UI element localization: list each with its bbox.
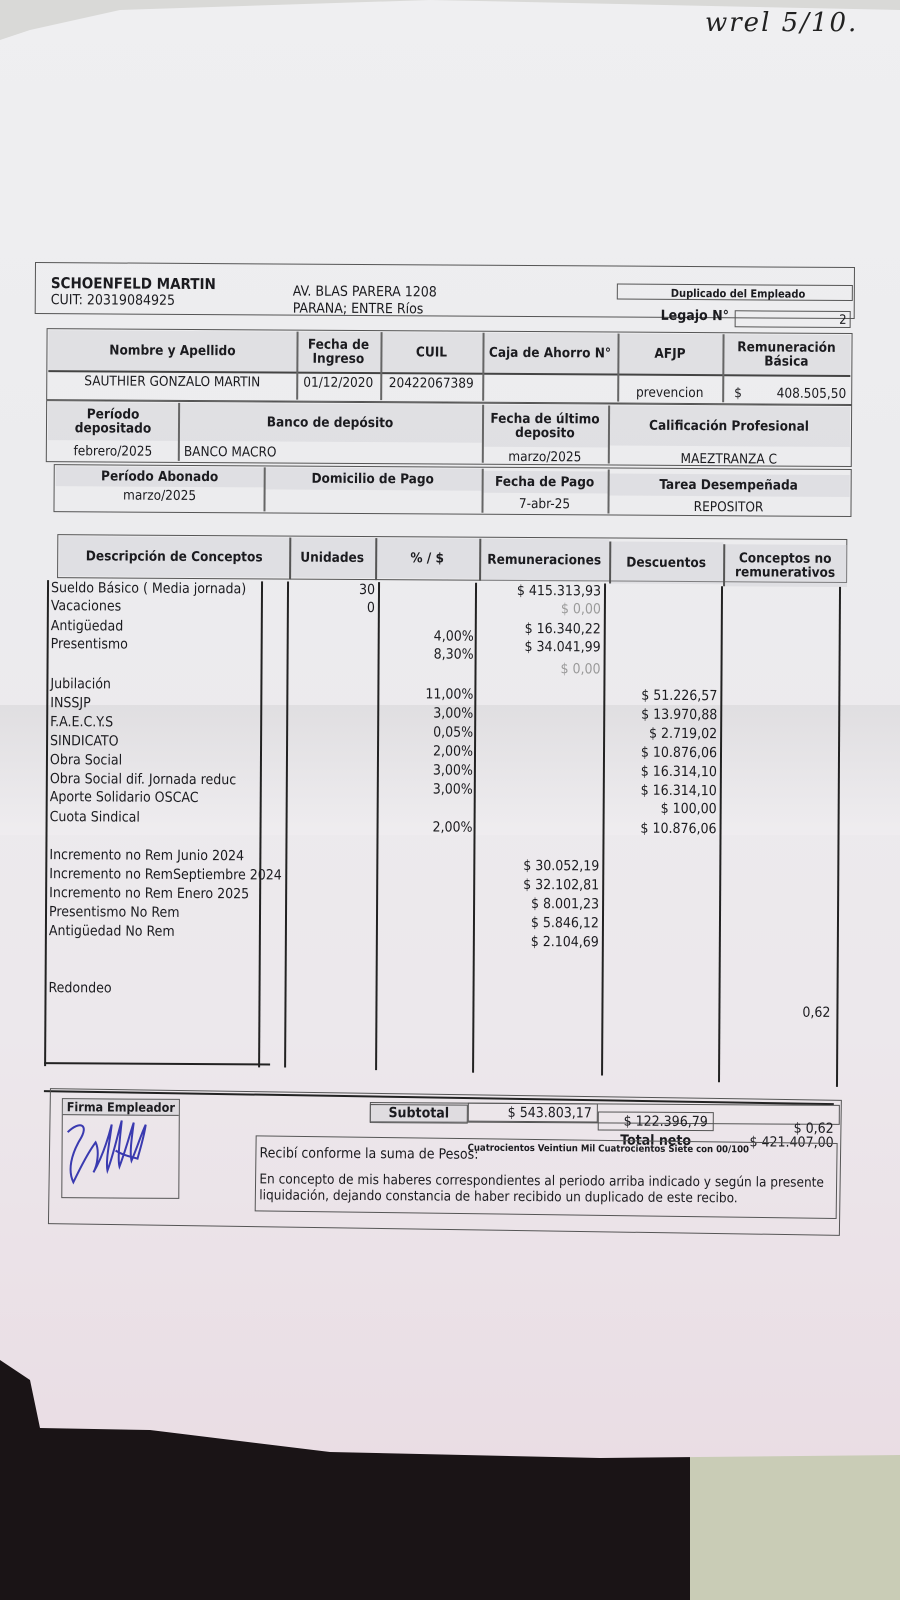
cuit-value: 20319084925: [87, 292, 175, 309]
afjp: prevencion: [617, 384, 722, 403]
fecha-ultimo-deposito: marzo/2025: [482, 448, 608, 467]
concept-desc: Jubilación: [50, 676, 270, 693]
concept-pct: 4,00%: [378, 628, 474, 645]
concept-desc-amt: $ 10.876,06: [603, 744, 717, 761]
concept-desc: Obra Social: [50, 752, 270, 769]
concept-desc-amt: $ 2.719,02: [603, 725, 717, 742]
concept-pct: 3,00%: [377, 705, 473, 722]
concept-desc-amt: $ 51.226,57: [603, 687, 717, 704]
legajo-value: 2: [735, 312, 847, 328]
cuil: 20422067389: [380, 374, 482, 393]
copy-label: Duplicado del Empleado: [671, 287, 806, 301]
header-fecha-ingreso: Fecha de Ingreso: [296, 332, 380, 373]
concept-desc: Obra Social dif. Jornada reduc: [50, 771, 270, 788]
tarea-desempenada: REPOSITOR: [607, 498, 849, 517]
header-unidades: Unidades: [289, 538, 375, 579]
concept-pct: 8,30%: [378, 646, 474, 663]
legajo-label: Legajo N°: [661, 308, 729, 324]
employer-address-line2: PARANA; ENTRE Ríos: [293, 301, 424, 318]
caja-ahorro: [482, 375, 617, 394]
concept-rem: $ 34.041,99: [475, 639, 601, 656]
receipt-statement: En concepto de mis haberes correspondien…: [259, 1171, 839, 1207]
handwritten-note: wrel 5/10.: [705, 8, 858, 38]
header-periodo-abonado: Período Abonado: [56, 466, 264, 487]
header-afjp: AFJP: [617, 334, 722, 375]
concept-desc: Redondeo: [49, 980, 269, 997]
concept-desc: Cuota Sindical: [50, 809, 270, 826]
concept-desc: Incremento no Rem Junio 2024: [49, 847, 269, 864]
concept-rem: $ 2.104,69: [473, 934, 599, 951]
header-periodo-depositado: Período depositado: [48, 402, 178, 441]
header-banco: Banco de depósito: [178, 403, 482, 443]
header-name: Nombre y Apellido: [48, 330, 296, 372]
concept-desc: Incremento no Rem Enero 2025: [49, 885, 269, 902]
concept-pct: 0,05%: [377, 724, 473, 741]
concept-desc-amt: $ 100,00: [603, 800, 717, 817]
concept-desc: Incremento no RemSeptiembre 2024: [49, 866, 269, 883]
signature-icon: [59, 1110, 169, 1191]
concept-desc-amt: $ 13.970,88: [603, 706, 717, 723]
concept-desc: F.A.E.C.Y.S: [50, 714, 270, 731]
employer-cuit: CUIT: 20319084925: [51, 292, 175, 309]
periodo-depositado: febrero/2025: [48, 442, 178, 461]
concept-rem: $ 0,00: [475, 601, 601, 618]
employee-name: SAUTHIER GONZALO MARTIN: [48, 372, 296, 392]
cuit-label: CUIT:: [51, 292, 83, 308]
concept-desc: INSSJP: [50, 695, 270, 712]
concept-pct: 2,00%: [377, 743, 473, 760]
header-descripcion: Descripción de Conceptos: [59, 536, 289, 577]
concept-desc-amt: $ 10.876,06: [603, 820, 717, 837]
concept-desc: Antigüedad No Rem: [49, 923, 269, 940]
concept-rem: $ 32.102,81: [473, 877, 599, 894]
amount-in-words: Cuatrocientos Veintiun Mil Cuatrocientos…: [468, 1143, 749, 1156]
concept-desc: Presentismo: [51, 636, 271, 653]
concept-norem: 0,62: [718, 1004, 830, 1021]
header-domicilio: Domicilio de Pago: [264, 467, 482, 490]
employer-name: SCHOENFELD MARTIN: [51, 274, 216, 293]
header-fecha-pago: Fecha de Pago: [482, 471, 608, 494]
employer-address-line1: AV. BLAS PARERA 1208: [293, 284, 437, 301]
concept-desc: Presentismo No Rem: [49, 904, 269, 921]
header-no-remunerativos: Conceptos no remunerativos: [723, 544, 847, 587]
concept-pct: 3,00%: [377, 781, 473, 798]
divider: [289, 538, 291, 580]
concept-units: 0: [287, 600, 375, 617]
divider: [375, 538, 377, 580]
received-label: Recibí conforme la suma de Pesos:: [260, 1145, 479, 1162]
divider: [479, 539, 481, 581]
concept-pct: 2,00%: [377, 819, 473, 836]
header-remuneracion: Remuneración Básica: [722, 334, 850, 375]
divider: [723, 544, 725, 586]
concept-desc: Aporte Solidario OSCAC: [50, 789, 270, 806]
concept-rem: $ 30.052,19: [473, 858, 599, 875]
concept-units: 30: [287, 582, 375, 599]
calificacion-profesional: MAEZTRANZA C: [608, 450, 850, 469]
header-descuentos: Descuentos: [609, 542, 723, 585]
divider: [609, 542, 611, 584]
header-fecha-ultimo: Fecha de último deposito: [482, 405, 608, 448]
concept-rem: $ 0,00: [474, 661, 600, 678]
concept-pct: 11,00%: [377, 686, 473, 703]
banco-deposito: BANCO MACRO: [184, 444, 277, 461]
concept-rem: $ 5.846,12: [473, 915, 599, 932]
fecha-ingreso: 01/12/2020: [296, 374, 380, 393]
concept-pct: 3,00%: [377, 762, 473, 779]
concept-rem: $ 8.001,23: [473, 896, 599, 913]
remuneracion-basica: 408.505,50: [734, 385, 846, 402]
concept-desc: Antigüedad: [51, 618, 271, 635]
background-surface: [690, 1450, 900, 1600]
header-calificacion: Calificación Profesional: [608, 406, 850, 447]
concept-desc-amt: $ 16.314,10: [603, 782, 717, 799]
header-tarea: Tarea Desempeñada: [608, 474, 850, 497]
header-cuil: CUIL: [380, 332, 482, 373]
concept-rem: $ 415.313,93: [475, 583, 601, 600]
concept-desc: SINDICATO: [50, 733, 270, 750]
fecha-pago: 7-abr-25: [481, 495, 607, 514]
periodo-abonado: marzo/2025: [56, 486, 264, 505]
concept-rem: $ 16.340,22: [475, 621, 601, 638]
domicilio-pago: [264, 489, 482, 508]
header-remuneraciones: Remuneraciones: [479, 539, 609, 582]
concept-desc: Vacaciones: [51, 598, 271, 615]
header-caja-ahorro: Caja de Ahorro N°: [482, 333, 617, 374]
header-porcentaje: % / $: [375, 538, 479, 579]
concept-desc-amt: $ 16.314,10: [603, 763, 717, 780]
concept-desc: Sueldo Básico ( Media jornada): [51, 580, 271, 597]
